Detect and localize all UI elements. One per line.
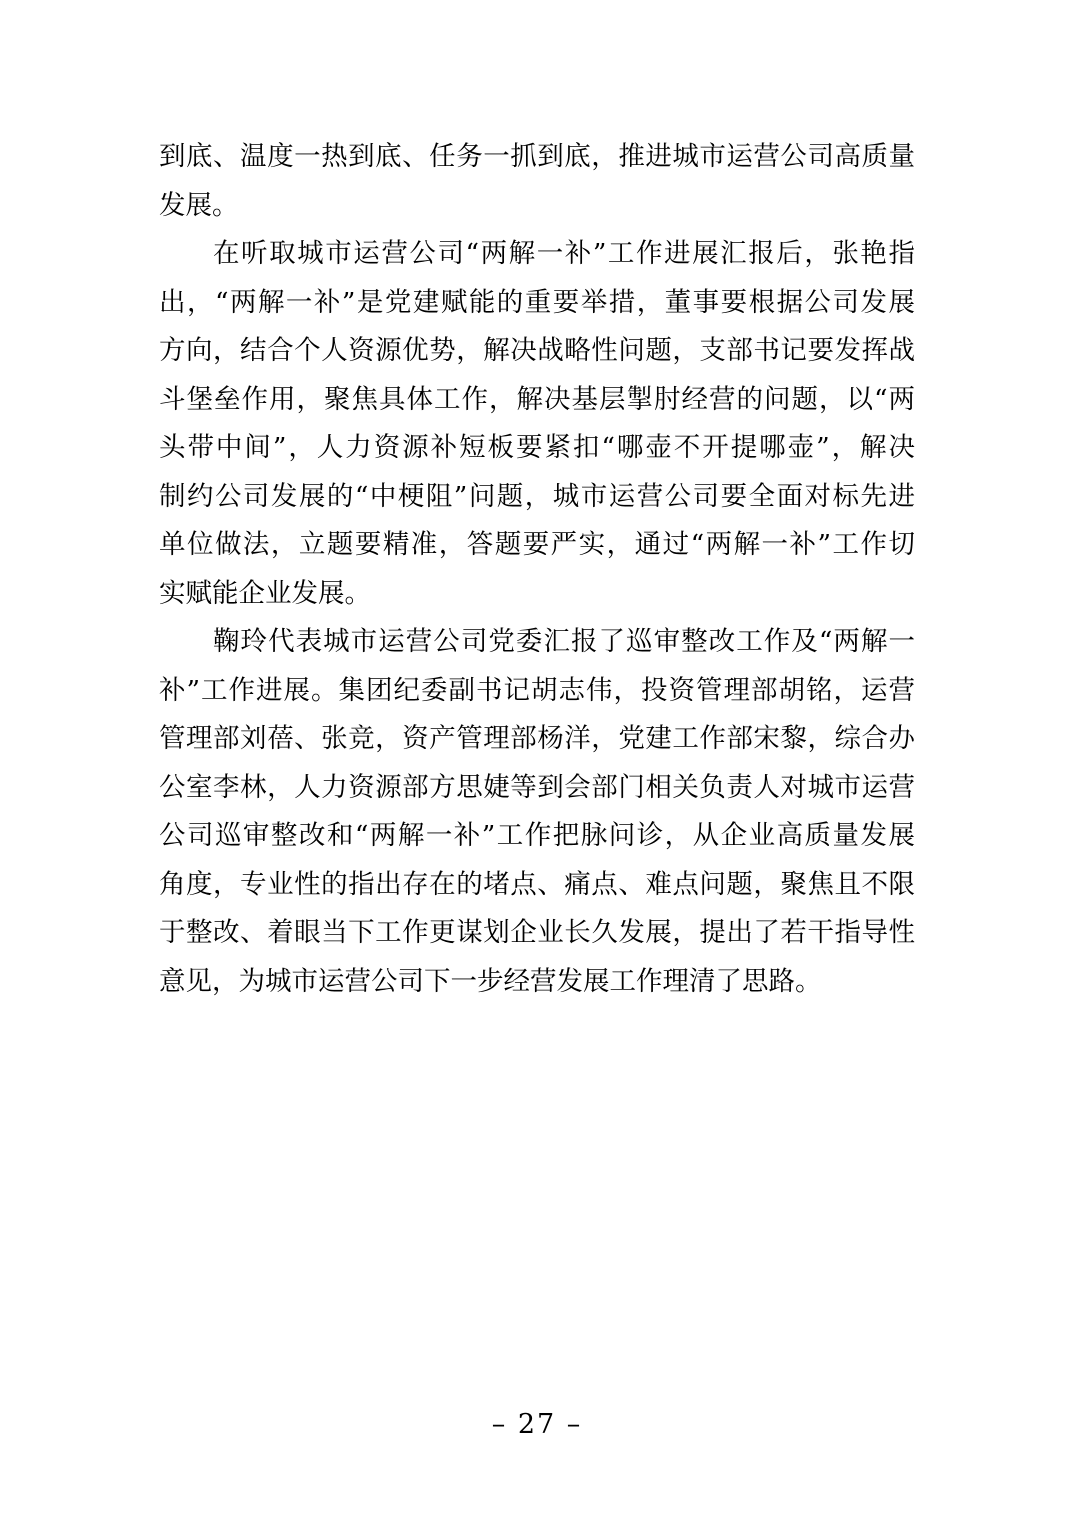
text-line: 实赋能企业发展。: [159, 570, 915, 619]
text-line: 出，“两解一补”是党建赋能的重要举措，董事要根据公司发展: [159, 279, 915, 328]
paragraph: 到底、温度一热到底、任务一抓到底，推进城市运营公司高质量 发展。: [159, 133, 915, 230]
text-line: 头带中间”，人力资源补短板要紧扣“哪壶不开提哪壶”，解决: [159, 424, 915, 473]
text-line: 角度，专业性的指出存在的堵点、痛点、难点问题，聚焦且不限: [159, 861, 915, 910]
text-line: 补”工作进展。集团纪委副书记胡志伟，投资管理部胡铭，运营: [159, 667, 915, 716]
text-line: 意见，为城市运营公司下一步经营发展工作理清了思路。: [159, 958, 915, 1007]
text-line: 公司巡审整改和“两解一补”工作把脉问诊，从企业高质量发展: [159, 812, 915, 861]
text-line: 制约公司发展的“中梗阻”问题，城市运营公司要全面对标先进: [159, 473, 915, 522]
text-line: 鞠玲代表城市运营公司党委汇报了巡审整改工作及“两解一: [159, 618, 915, 667]
text-line: 在听取城市运营公司“两解一补”工作进展汇报后，张艳指: [159, 230, 915, 279]
page-number: – 27 –: [492, 1409, 583, 1440]
text-line: 到底、温度一热到底、任务一抓到底，推进城市运营公司高质量: [159, 133, 915, 182]
text-line: 于整改、着眼当下工作更谋划企业长久发展，提出了若干指导性: [159, 909, 915, 958]
text-line: 发展。: [159, 182, 915, 231]
page-footer: – 27 –: [0, 1408, 1074, 1442]
document-body: 到底、温度一热到底、任务一抓到底，推进城市运营公司高质量 发展。 在听取城市运营…: [159, 133, 915, 1006]
paragraph: 鞠玲代表城市运营公司党委汇报了巡审整改工作及“两解一 补”工作进展。集团纪委副书…: [159, 618, 915, 1006]
document-page: 到底、温度一热到底、任务一抓到底，推进城市运营公司高质量 发展。 在听取城市运营…: [0, 0, 1074, 1520]
text-line: 方向，结合个人资源优势，解决战略性问题，支部书记要发挥战: [159, 327, 915, 376]
paragraph: 在听取城市运营公司“两解一补”工作进展汇报后，张艳指 出，“两解一补”是党建赋能…: [159, 230, 915, 618]
text-line: 管理部刘蓓、张竞，资产管理部杨洋，党建工作部宋黎，综合办: [159, 715, 915, 764]
text-line: 单位做法，立题要精准，答题要严实，通过“两解一补”工作切: [159, 521, 915, 570]
text-line: 公室李林，人力资源部方思婕等到会部门相关负责人对城市运营: [159, 764, 915, 813]
text-line: 斗堡垒作用，聚焦具体工作，解决基层掣肘经营的问题，以“两: [159, 376, 915, 425]
